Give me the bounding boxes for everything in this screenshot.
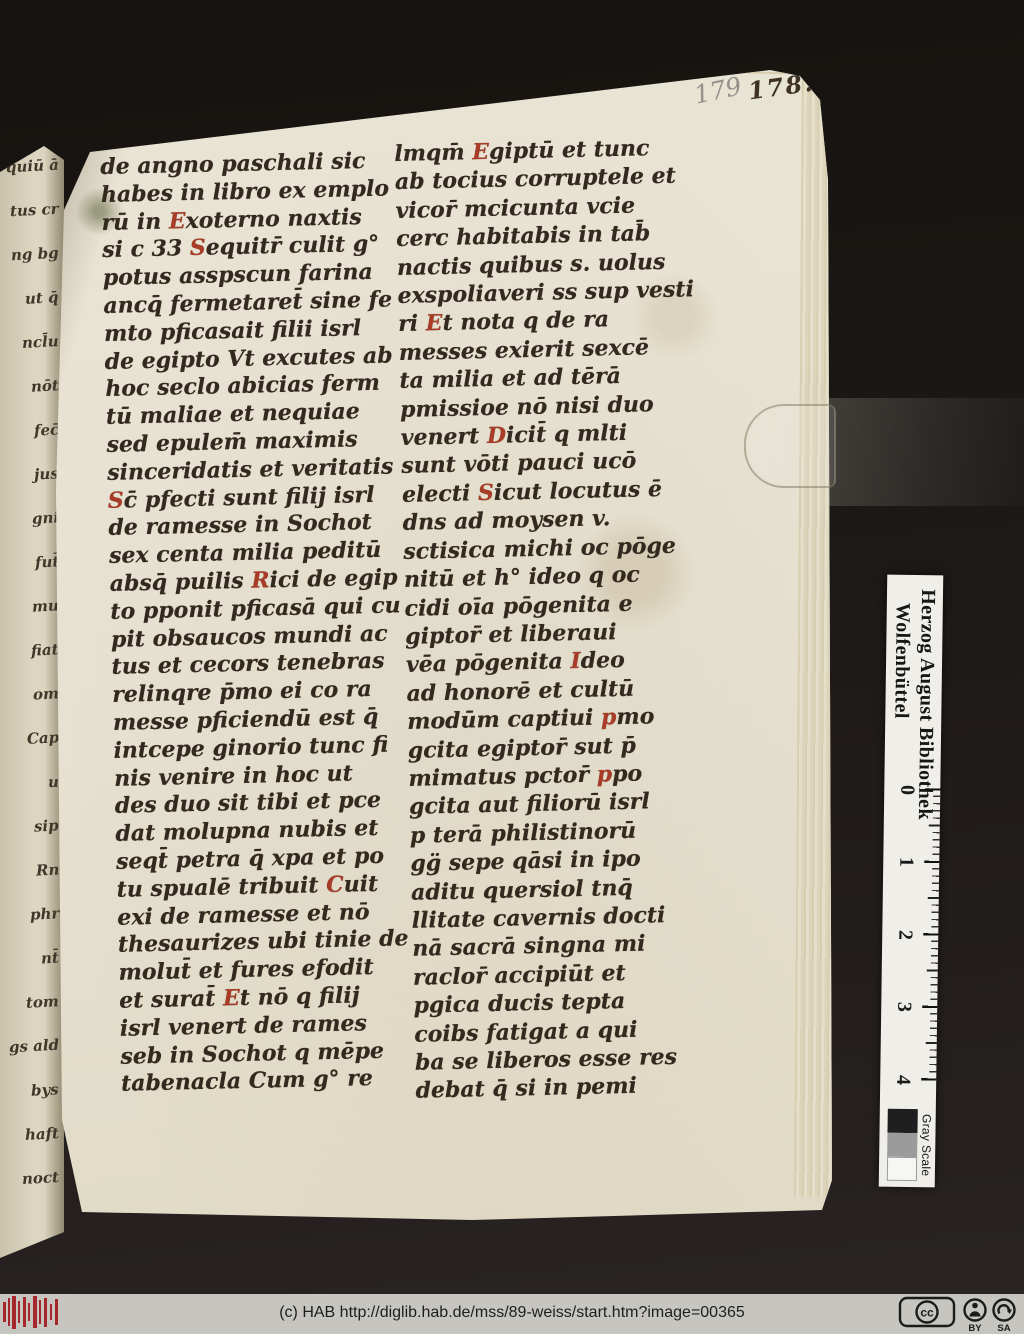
facing-page-text-fragment: gs ald — [9, 1037, 60, 1057]
manuscript-page: 179 178. de angno paschali sichabes in l… — [52, 60, 840, 1225]
rubric-initial: C — [326, 871, 344, 897]
grayscale-square-gray — [887, 1133, 917, 1157]
by-person-icon — [972, 1303, 978, 1309]
facing-page-fragments: quiū ātus crng bgut q̄ncl̄unōtfec̄jusgni… — [0, 158, 59, 1187]
ruler-number: 0 — [895, 785, 918, 795]
footer-bar: (c) HAB http://diglib.hab.de/mss/89-weis… — [0, 1294, 1024, 1334]
grayscale-squares — [887, 1107, 918, 1183]
ruler-numbers: 01234 — [888, 788, 918, 1084]
hab-ruler-strip: Herzog August Bibliothek Wolfenbüttel 01… — [879, 575, 944, 1188]
rubric-initial: I — [570, 648, 581, 674]
rubric-initial: p — [601, 704, 617, 730]
copyright-link[interactable]: (c) HAB http://diglib.hab.de/mss/89-weis… — [0, 1304, 1024, 1322]
grayscale-target: Gray Scale — [887, 1107, 934, 1184]
rubric-initial: E — [425, 310, 442, 336]
facing-page-text-fragment: fiat — [31, 641, 59, 659]
rubric-initial: D — [487, 423, 507, 449]
cc-text: cc — [920, 1306, 934, 1320]
grayscale-square-black — [887, 1109, 917, 1133]
ruler-number: 3 — [892, 1002, 915, 1012]
page-clip-arm — [822, 398, 1024, 506]
facing-page-text-fragment: jus — [34, 465, 60, 483]
manuscript-line: debat q̄ si in pemi — [415, 1070, 721, 1105]
rubric-initial: E — [169, 208, 186, 234]
facing-page-text-fragment: gni — [31, 509, 59, 527]
facing-page-text-fragment: nōt — [31, 377, 60, 395]
facing-page-text-fragment: sip — [34, 817, 59, 835]
facing-page-text-fragment: ncl̄u — [22, 333, 59, 352]
sa-label: SA — [997, 1323, 1010, 1333]
facing-page-text-fragment: phr — [29, 905, 59, 924]
sa-arrow-icon — [999, 1305, 1009, 1313]
grayscale-label: Gray Scale — [919, 1107, 934, 1183]
facing-page-text-fragment: ut q̄ — [25, 289, 59, 308]
facing-page-text-fragment: tus cr — [10, 201, 59, 221]
cc-license-badge[interactable]: cc BY SA — [898, 1296, 1018, 1334]
by-label: BY — [968, 1323, 982, 1333]
ruler-number: 4 — [891, 1075, 914, 1085]
facing-page-text-fragment: fut̄ — [34, 553, 59, 571]
scan-stage: quiū ātus crng bgut q̄ncl̄unōtfec̄jusgni… — [0, 0, 1024, 1334]
facing-page-text-fragment: mu — [32, 597, 60, 615]
facing-page-text-fragment: Cap — [26, 729, 59, 748]
rubric-initial: E — [472, 139, 489, 165]
text-column-2: lmqm̄ Egiptū et tuncab tocius corruptele… — [394, 133, 721, 1105]
manuscript-line: tabenacla Cum g° re — [121, 1064, 427, 1099]
facing-page-text-fragment: nt̄ — [41, 950, 60, 968]
page-clip — [744, 404, 836, 488]
facing-page-text-fragment: Rn — [35, 861, 59, 879]
rubric-initial: E — [223, 985, 240, 1011]
facing-page-text-fragment: noct — [22, 1169, 60, 1188]
rubric-initial: R — [251, 567, 270, 593]
grayscale-square-white — [887, 1157, 917, 1181]
cm-ruler: 01234 — [880, 788, 940, 1101]
facing-page-text-fragment: fec̄ — [33, 421, 59, 439]
rubric-initial: S — [108, 487, 124, 513]
rubric-initial: p — [596, 761, 612, 787]
text-column-1: de angno paschali sichabes in libro ex e… — [100, 147, 426, 1099]
ruler-ticks-major — [921, 788, 940, 1084]
facing-page-text-fragment: u — [48, 774, 60, 792]
facing-page-text-fragment: ng bg — [11, 245, 59, 264]
ruler-number: 1 — [894, 857, 917, 867]
facing-page-text-fragment: om — [33, 685, 60, 703]
rubric-initial: S — [190, 235, 206, 261]
facing-page-text-fragment: haft — [25, 1125, 60, 1144]
facing-page-edge: quiū ātus crng bgut q̄ncl̄unōtfec̄jusgni… — [0, 146, 64, 1258]
by-circle-icon — [965, 1300, 986, 1321]
facing-page-text-fragment: tom — [26, 993, 60, 1012]
ruler-number: 2 — [893, 930, 916, 940]
rubric-initial: S — [478, 480, 494, 506]
facing-page-text-fragment: bys — [31, 1081, 60, 1099]
facing-page-text-fragment: quiū ā — [6, 157, 60, 177]
page-stack-fore-edge — [794, 74, 840, 1197]
